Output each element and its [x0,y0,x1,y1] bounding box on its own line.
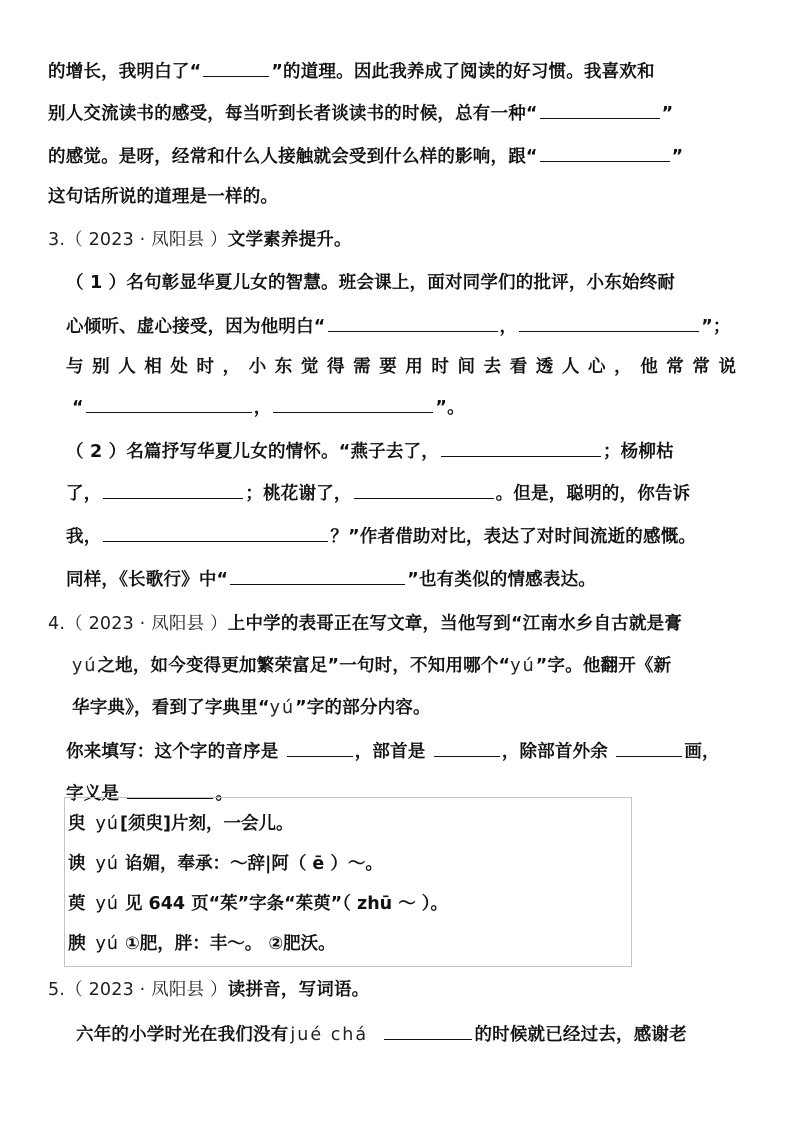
question-3-title: 文学素养提升。 [228,230,352,250]
question-3-part1-line2: 心倾听、虚心接受，因为他明白“，”； [66,313,731,339]
q4-text-3b: ”字的部分内容。 [295,698,431,718]
question-3-header: 3.（ 2023 · 凤阳县 ）文学素养提升。 [48,228,352,252]
q4-text-2b: ”字。他翻开《新 [536,656,672,676]
question-3-part2-line4: 同样，《长歌行》中“”也有类似的情感表达。 [66,566,596,592]
intro-line-2-after: ” [662,104,674,124]
q3-part2-text-2: 了， [66,484,101,504]
dict-pinyin: yú [96,894,119,914]
q5-text-1b: 的时候就已经过去，感谢老 [474,1025,686,1045]
q4-strokes-suffix: 画， [684,742,719,762]
intro-line-3-after: ” [672,147,684,167]
blank-swallows[interactable] [441,438,601,457]
question-3-part1-line4: “，”。 [72,394,465,420]
question-5-number: 5. [48,980,65,1000]
dict-char: 臾 [68,814,86,834]
question-3-number: 3. [48,230,65,250]
question-4-number: 4. [48,614,65,634]
question-3-part1-line1: （ 1 ）名句彰显华夏儿女的智慧。班会课上，面对同学们的批评，小东始终耐 [66,271,675,295]
question-3-part1-line3: 与别人相处时，小东觉得需要用时间去看透人心，他常常说 [66,355,745,379]
blank-time-question[interactable] [103,523,328,542]
question-3-part2-line2: 了，；桃花谢了，。但是，聪明的，你告诉 [66,480,690,506]
dict-definition: 谄媚，奉承：～辞|阿（ ē ）～。 [125,854,383,874]
question-3-part2-line1: （ 2 ）名篇抒写华夏儿女的情怀。“燕子去了，；杨柳枯 [66,438,674,464]
q3-open-quote: “ [72,398,84,418]
q3-comma: ， [500,317,518,337]
question-3-part2-line3: 我，？”作者借助对比，表达了对时间流逝的感慨。 [66,523,696,549]
q3-part2-text-4b: ”也有类似的情感表达。 [407,570,596,590]
q3-part2-text-2c: 。但是，聪明的，你告诉 [496,484,691,504]
q3-part1-text-3: 与别人相处时，小东觉得需要用时间去看透人心，他常常说 [66,357,745,377]
question-4-fill-line: 你来填写：这个字的音序是 ，部首是 ，除部首外余 画， [66,738,720,764]
blank-maxim-2b[interactable] [273,394,433,413]
q3-part1-text-2: 心倾听、虚心接受，因为他明白“ [66,317,326,337]
blank-willows[interactable] [103,480,243,499]
q5-text-1: 六年的小学时光在我们没有 [76,1025,288,1045]
dict-definition: 见 644 页“茱”字条“茱萸”（ zhū ～ ）。 [125,894,448,914]
q3-part2-text-3b: ？”作者借助对比，表达了对时间流逝的感慨。 [330,527,696,547]
q3-part1-text-1: （ 1 ）名句彰显华夏儿女的智慧。班会课上，面对同学们的批评，小东始终耐 [66,273,675,293]
question-4-line3: 华字典》，看到了字典里“yú”字的部分内容。 [72,696,431,720]
question-4-line2: yú之地，如今变得更加繁荣富足”一句时，不知用哪个“yú”字。他翻开《新 [72,654,671,678]
intro-line-4: 这句话所说的道理是一样的。 [48,185,278,209]
intro-line-3: 的感觉。是呀，经常和什么人接触就会受到什么样的影响，跟“” [48,143,683,169]
intro-line-3-before: 的感觉。是呀，经常和什么人接触就会受到什么样的影响，跟“ [48,147,538,167]
q4-radical-label: ，部首是 [355,742,426,762]
intro-line-2: 别人交流读书的感受，每当听到长者谈读书的时候，总有一种“” [48,100,673,126]
dict-pinyin: yú [96,854,119,874]
dict-pinyin: yú [96,934,119,954]
blank-phonetic-order[interactable] [287,738,353,757]
dictionary-entry: 谀yú谄媚，奉承：～辞|阿（ ē ）～。 [68,852,383,876]
blank-maxim-2a[interactable] [86,394,252,413]
pinyin-yu-3: yú [270,698,295,718]
question-5-title: 读拼音，写词语。 [228,980,370,1000]
question-4-source: （ 2023 · 凤阳县 ） [65,614,228,634]
intro-line-1-after: ”的道理。因此我养成了阅读的好习惯。我喜欢和 [271,62,654,82]
blank-stroke-count[interactable] [616,738,682,757]
q3-part2-text-4: 同样，《长歌行》中“ [66,570,228,590]
q4-fill-label: 你来填写：这个字的音序是 [66,742,278,762]
blank-peach-blossoms[interactable] [354,480,494,499]
question-4-line1: 上中学的表哥正在写文章，当他写到“江南水乡自古就是膏 [228,614,682,634]
question-4-header: 4.（ 2023 · 凤阳县 ）上中学的表哥正在写文章，当他写到“江南水乡自古就… [48,612,682,636]
q4-text-3: 华字典》，看到了字典里“ [72,698,270,718]
q3-part2-text-1b: ；杨柳枯 [603,442,674,462]
q3-part2-text-1: （ 2 ）名篇抒写华夏儿女的情怀。“燕子去了， [66,442,439,462]
dict-definition: ①肥，胖：丰～。 ②肥沃。 [125,934,336,954]
blank-radical[interactable] [434,738,500,757]
dict-char: 谀 [68,854,86,874]
dictionary-entry: 腴yú①肥，胖：丰～。 ②肥沃。 [68,932,336,956]
dictionary-excerpt-box: 臾yú[须臾]片刻，一会儿。 谀yú谄媚，奉承：～辞|阿（ ē ）～。 萸yú见… [64,797,632,967]
intro-line-1-before: 的增长，我明白了“ [48,62,201,82]
blank-maxim-1b[interactable] [519,313,699,332]
dict-definition: [须臾]片刻，一会儿。 [120,814,294,834]
q3-part2-text-2b: ；桃花谢了， [245,484,351,504]
q4-strokes-label: ，除部首外余 [502,742,608,762]
q3-close-quote-2: ”。 [435,398,464,418]
q3-part2-text-3: 我， [66,527,101,547]
blank-elder-feeling[interactable] [540,100,660,119]
blank-changgexing[interactable] [230,566,405,585]
blank-juecha[interactable] [384,1021,472,1040]
blank-influence-saying[interactable] [540,143,670,162]
intro-line-4-text: 这句话所说的道理是一样的。 [48,187,278,207]
pinyin-jue-cha: jué chá [290,1025,368,1045]
question-3-source: （ 2023 · 凤阳县 ） [65,230,228,250]
q4-text-2: 之地，如今变得更加繁荣富足”一句时，不知用哪个“ [97,656,510,676]
pinyin-yu-2: yú [510,656,535,676]
question-5-source: （ 2023 · 凤阳县 ） [65,980,228,1000]
q3-comma-2: ， [254,398,272,418]
intro-line-2-before: 别人交流读书的感受，每当听到长者谈读书的时候，总有一种“ [48,104,538,124]
intro-line-1: 的增长，我明白了“”的道理。因此我养成了阅读的好习惯。我喜欢和 [48,58,655,84]
question-5-header: 5.（ 2023 · 凤阳县 ）读拼音，写词语。 [48,978,369,1002]
dictionary-entry: 萸yú见 644 页“茱”字条“茱萸”（ zhū ～ ）。 [68,892,448,916]
pinyin-yu: yú [72,656,97,676]
q3-close-quote: ”； [701,317,730,337]
question-5-line1: 六年的小学时光在我们没有jué chá 的时候就已经过去，感谢老 [76,1021,687,1047]
dict-pinyin: yú [96,814,119,834]
dict-char: 腴 [68,934,86,954]
dict-char: 萸 [68,894,86,914]
blank-reading-principle[interactable] [203,58,269,77]
dictionary-entry: 臾yú[须臾]片刻，一会儿。 [68,812,293,836]
blank-maxim-1a[interactable] [328,313,498,332]
